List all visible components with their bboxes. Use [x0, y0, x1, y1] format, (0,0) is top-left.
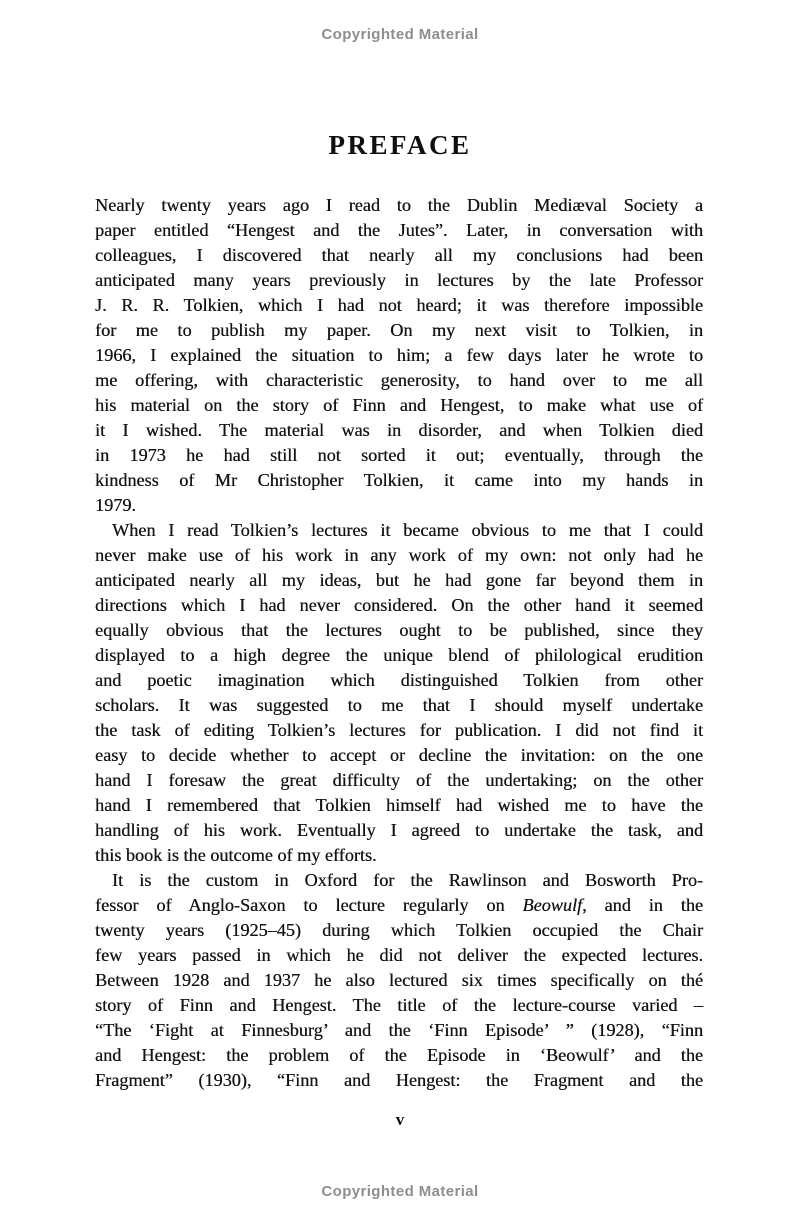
text-line: scholars. It was suggested to me that I … — [95, 693, 703, 718]
text-line: this book is the outcome of my efforts. — [95, 843, 703, 868]
text-line: colleagues, I discovered that nearly all… — [95, 243, 703, 268]
text-line: it I wished. The material was in disorde… — [95, 418, 703, 443]
text-line: anticipated many years previously in lec… — [95, 268, 703, 293]
text-line: for me to publish my paper. On my next v… — [95, 318, 703, 343]
text-line: in 1973 he had still not sorted it out; … — [95, 443, 703, 468]
text-line: directions which I had never considered.… — [95, 593, 703, 618]
page-title: PREFACE — [0, 130, 800, 161]
text-line: Fragment” (1930), “Finn and Hengest: the… — [95, 1068, 703, 1093]
text-line: twenty years (1925–45) during which Tolk… — [95, 918, 703, 943]
text-line: story of Finn and Hengest. The title of … — [95, 993, 703, 1018]
text-line: the task of editing Tolkien’s lectures f… — [95, 718, 703, 743]
text-line: me offering, with characteristic generos… — [95, 368, 703, 393]
paragraph: It is the custom in Oxford for the Rawli… — [95, 868, 703, 1093]
text-line: easy to decide whether to accept or decl… — [95, 743, 703, 768]
text-line: and poetic imagination which distinguish… — [95, 668, 703, 693]
text-line: equally obvious that the lectures ought … — [95, 618, 703, 643]
text-line: few years passed in which he did not del… — [95, 943, 703, 968]
text-line: J. R. R. Tolkien, which I had not heard;… — [95, 293, 703, 318]
text-line: Between 1928 and 1937 he also lectured s… — [95, 968, 703, 993]
text-line: Nearly twenty years ago I read to the Du… — [95, 193, 703, 218]
paragraph: Nearly twenty years ago I read to the Du… — [95, 193, 703, 518]
text-line: 1979. — [95, 493, 703, 518]
italic-text: Beowulf — [522, 895, 582, 915]
text-line: hand I remembered that Tolkien himself h… — [95, 793, 703, 818]
text-line: displayed to a high degree the unique bl… — [95, 643, 703, 668]
text-line: “The ‘Fight at Finnesburg’ and the ‘Finn… — [95, 1018, 703, 1043]
text-line: fessor of Anglo-Saxon to lecture regular… — [95, 893, 703, 918]
text-line: When I read Tolkien’s lectures it became… — [95, 518, 703, 543]
text-line: paper entitled “Hengest and the Jutes”. … — [95, 218, 703, 243]
text-line: his material on the story of Finn and He… — [95, 393, 703, 418]
text-line: kindness of Mr Christopher Tolkien, it c… — [95, 468, 703, 493]
page-body: Nearly twenty years ago I read to the Du… — [95, 193, 703, 1093]
text-line: and Hengest: the problem of the Episode … — [95, 1043, 703, 1068]
copyright-notice-top: Copyrighted Material — [0, 26, 800, 43]
text-line: It is the custom in Oxford for the Rawli… — [95, 868, 703, 893]
text-line: never make use of his work in any work o… — [95, 543, 703, 568]
copyright-notice-bottom: Copyrighted Material — [0, 1183, 800, 1200]
text-line: handling of his work. Eventually I agree… — [95, 818, 703, 843]
text-line: anticipated nearly all my ideas, but he … — [95, 568, 703, 593]
text-line: hand I foresaw the great difficulty of t… — [95, 768, 703, 793]
text-line: 1966, I explained the situation to him; … — [95, 343, 703, 368]
paragraph: When I read Tolkien’s lectures it became… — [95, 518, 703, 868]
page-number: v — [0, 1110, 800, 1130]
